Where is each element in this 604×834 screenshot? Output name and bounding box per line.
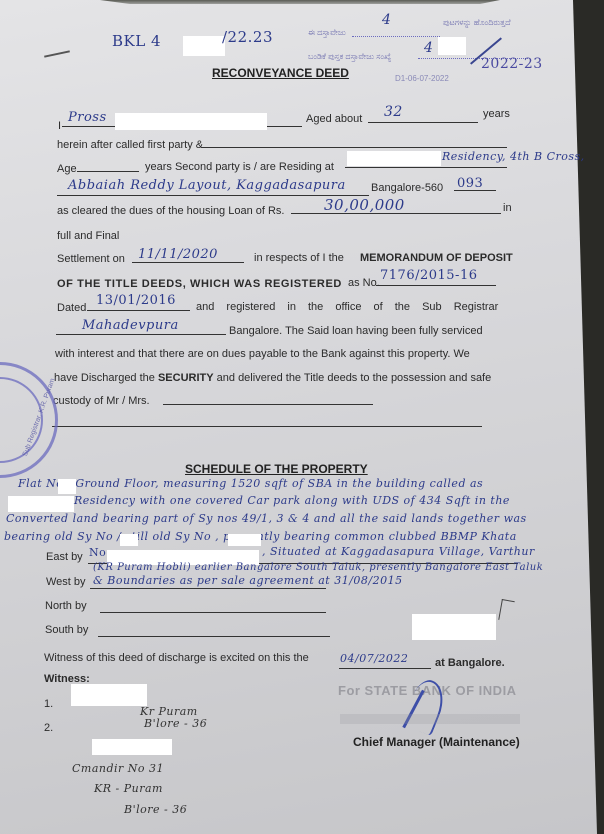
field-line-sub-registrar	[56, 334, 226, 335]
dated-value: 13/01/2016	[96, 293, 176, 308]
residency-value: Residency, 4th B Cross,	[442, 150, 585, 163]
stamp-smudge	[340, 714, 520, 724]
label-age: Age	[57, 163, 77, 175]
stamp-date: D1-06-07-2022	[395, 74, 449, 83]
label-as-no: as No.	[348, 277, 380, 289]
field-line-deed-date	[339, 668, 431, 669]
east-value-suffix: , Situated at Kaggadasapura Village, Var…	[262, 545, 535, 558]
field-line-settlement	[132, 262, 244, 263]
label-bangalore-pin: Bangalore-560	[371, 182, 443, 194]
label-discharged-post: and delivered the Title deeds to the pos…	[217, 372, 492, 384]
field-line-dated	[87, 310, 190, 311]
label-discharged-pre: have Discharged the	[54, 372, 155, 384]
witness-1-number: 1.	[44, 698, 53, 710]
west-value: & Boundaries as per sale agreement at 31…	[93, 574, 403, 587]
hobli-value: (KR Puram Hobli) earlier Bangalore South…	[93, 562, 543, 573]
witness-2-area: KR - Puram	[94, 782, 163, 795]
stamp-label-pages: ಈ ದಸ್ತಾವೇಜು	[308, 28, 346, 38]
sub-registrar-value: Mahadevpura	[82, 318, 179, 333]
label-first-party: herein after called first party &	[57, 139, 203, 151]
label-east-by: East by	[46, 551, 83, 563]
redaction	[58, 479, 76, 494]
label-i: I	[58, 120, 61, 132]
field-line-address	[57, 195, 369, 196]
reference-prefix: BKL 4	[112, 32, 161, 50]
label-loan: as cleared the dues of the housing Loan …	[57, 205, 285, 217]
redaction	[92, 739, 172, 755]
redaction	[412, 614, 496, 640]
field-line-second-party	[201, 147, 507, 148]
label-full-final: full and Final	[57, 230, 119, 242]
field-line-age	[368, 122, 478, 123]
stamp-pages-value: 4	[382, 12, 391, 28]
label-custody: custody of Mr / Mrs.	[53, 395, 150, 407]
first-party-name: Pross	[68, 110, 107, 125]
age-value: 32	[384, 104, 403, 120]
stamp-label-pages-right: ಪುಟಗಳನ್ನು ಹೊಂದಿರುತ್ತದೆ	[443, 18, 511, 28]
reference-suffix: /22.23	[222, 28, 273, 46]
label-deed-date: Witness of this deed of discharge is exc…	[44, 652, 309, 664]
chief-manager-designation: Chief Manager (Maintenance)	[353, 735, 520, 749]
label-loan-serviced: Bangalore. The Said loan having been ful…	[229, 325, 483, 337]
label-aged-about: Aged about	[306, 113, 362, 125]
settlement-date-value: 11/11/2020	[138, 247, 218, 262]
witness-2-address: Cmandir No 31	[72, 762, 164, 775]
redaction	[438, 37, 466, 55]
redaction	[71, 684, 147, 706]
redaction	[120, 534, 138, 546]
field-line-custody	[163, 404, 373, 405]
address-value: Abbaiah Reddy Layout, Kaggadasapura	[68, 178, 346, 193]
field-line-residence	[345, 167, 507, 168]
east-value-prefix: No	[89, 546, 106, 559]
deed-date-value: 04/07/2022	[340, 652, 408, 665]
label-discharged: have Discharged the SECURITY and deliver…	[54, 372, 491, 384]
label-west-by: West by	[46, 576, 86, 588]
document-title: RECONVEYANCE DEED	[212, 66, 349, 80]
field-line-second-age	[77, 171, 139, 172]
witness-2-number: 2.	[44, 722, 53, 734]
divider-line	[52, 426, 482, 427]
redaction	[8, 496, 74, 512]
schedule-line-3: Converted land bearing part of Sy nos 49…	[6, 512, 527, 525]
schedule-title: SCHEDULE OF THE PROPERTY	[185, 462, 368, 476]
redaction	[347, 151, 441, 166]
label-at-bangalore: at Bangalore.	[435, 657, 505, 669]
loan-amount-value: 30,00,000	[324, 196, 405, 214]
label-memorandum: MEMORANDUM OF DEPOSIT	[360, 252, 513, 264]
registration-number-value: 7176/2015-16	[380, 268, 477, 283]
pincode-value: 093	[457, 176, 483, 191]
field-line-north	[100, 612, 326, 613]
label-respects: in respects of I the	[254, 252, 344, 264]
field-line-west	[90, 588, 326, 589]
field-line-south	[98, 636, 330, 637]
stamp-line	[352, 36, 440, 37]
label-dated: Dated	[57, 302, 86, 314]
label-security: SECURITY	[158, 372, 214, 384]
redaction	[183, 36, 225, 56]
witness-2-city: B'lore - 36	[124, 803, 187, 816]
witness-1-city: B'lore - 36	[144, 717, 207, 730]
stamp-year: 2022-23	[481, 56, 543, 72]
label-south-by: South by	[45, 624, 88, 636]
label-in: in	[503, 202, 512, 214]
label-interest: with interest and that there are on dues…	[55, 348, 470, 360]
schedule-line-1: Flat No , Ground Floor, measuring 1520 s…	[18, 477, 483, 490]
label-title-deeds: OF THE TITLE DEEDS, WHICH WAS REGISTERED	[57, 278, 342, 290]
redaction	[228, 534, 261, 546]
redaction	[115, 113, 267, 130]
schedule-line-2: Residency with one covered Car park alon…	[74, 494, 510, 507]
field-line-reg-no	[376, 285, 496, 286]
label-second-party: years Second party is / are Residing at	[145, 161, 334, 173]
label-north-by: North by	[45, 600, 87, 612]
label-years: years	[483, 108, 510, 120]
stamp-docno-value: 4	[424, 40, 433, 56]
stamp-label-docno: ಬಂಡಿಕೆ ಪುಸ್ತಕ ದಸ್ತಾವೇಜು ಸಂಖ್ಯೆ	[308, 52, 391, 62]
label-settlement: Settlement on	[57, 253, 125, 265]
label-registered: and registered in the office of the Sub …	[196, 301, 498, 313]
